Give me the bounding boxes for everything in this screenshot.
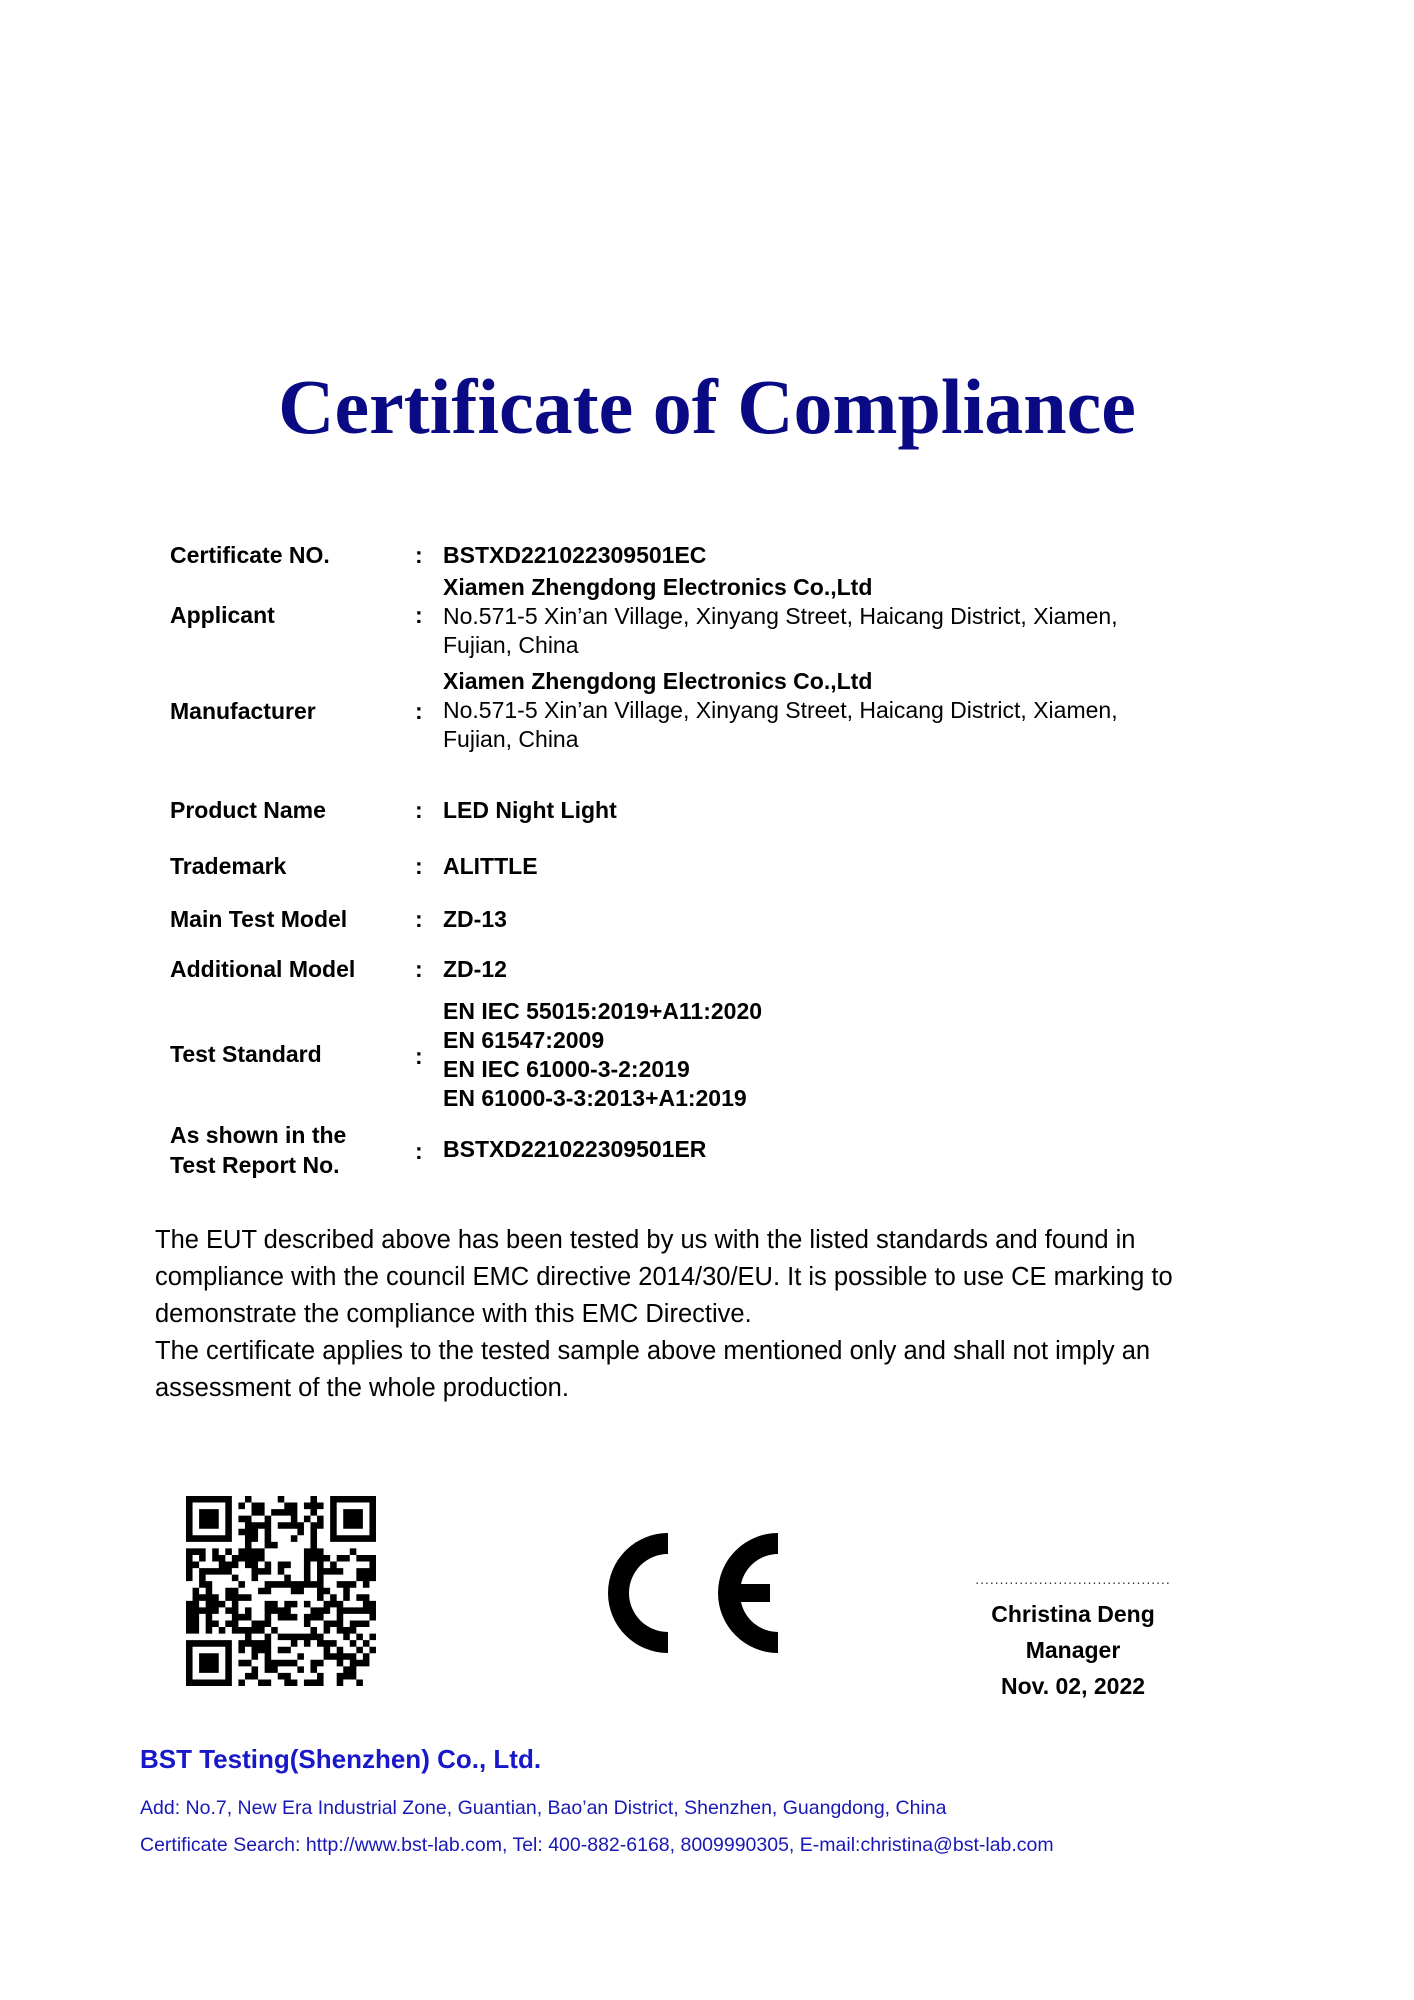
colon: : (415, 904, 423, 934)
value-certificate-no: BSTXD221022309501EC (443, 540, 1243, 570)
applicant-address-2: Fujian, China (443, 631, 1243, 660)
value-applicant: Xiamen Zhengdong Electronics Co.,Ltd No.… (443, 573, 1243, 660)
label-product-name: Product Name (170, 795, 326, 825)
value-additional-model: ZD-12 (443, 954, 1243, 984)
compliance-statement: The EUT described above has been tested … (155, 1222, 1265, 1407)
signature-date: Nov. 02, 2022 (948, 1668, 1198, 1704)
signatory-title: Manager (948, 1632, 1198, 1668)
signatory-name: Christina Deng (948, 1596, 1198, 1632)
label-certificate-no: Certificate NO. (170, 540, 330, 570)
label-trademark: Trademark (170, 851, 286, 881)
value-main-test-model: ZD-13 (443, 904, 1243, 934)
value-manufacturer: Xiamen Zhengdong Electronics Co.,Ltd No.… (443, 667, 1243, 754)
statement-paragraph-1: The EUT described above has been tested … (155, 1222, 1265, 1333)
applicant-company: Xiamen Zhengdong Electronics Co.,Ltd (443, 573, 1243, 602)
footer-address: Add: No.7, New Era Industrial Zone, Guan… (140, 1795, 946, 1821)
colon: : (415, 851, 423, 881)
label-applicant: Applicant (170, 600, 275, 630)
qr-code-icon (186, 1496, 376, 1686)
signature-block: ........................................… (948, 1572, 1198, 1704)
label-additional-model: Additional Model (170, 954, 355, 984)
colon: : (415, 696, 423, 726)
test-standard-item: EN 61547:2009 (443, 1026, 1243, 1055)
label-test-standard: Test Standard (170, 1039, 322, 1069)
test-standard-item: EN IEC 55015:2019+A11:2020 (443, 997, 1243, 1026)
colon: : (415, 540, 423, 570)
colon: : (415, 1041, 423, 1071)
value-test-report: BSTXD221022309501ER (443, 1134, 1243, 1164)
value-trademark: ALITTLE (443, 851, 1243, 881)
value-test-standard: EN IEC 55015:2019+A11:2020 EN 61547:2009… (443, 997, 1243, 1113)
colon: : (415, 954, 423, 984)
statement-paragraph-2: The certificate applies to the tested sa… (155, 1333, 1265, 1407)
test-standard-item: EN 61000-3-3:2013+A1:2019 (443, 1084, 1243, 1113)
label-test-report: As shown in the Test Report No. (170, 1120, 346, 1180)
colon: : (415, 795, 423, 825)
ce-mark-icon (600, 1528, 800, 1658)
manufacturer-address-2: Fujian, China (443, 725, 1243, 754)
manufacturer-address-1: No.571-5 Xin’an Village, Xinyang Street,… (443, 696, 1243, 725)
colon: : (415, 600, 423, 630)
value-product-name: LED Night Light (443, 795, 1243, 825)
signature-line: ........................................ (948, 1572, 1198, 1586)
label-manufacturer: Manufacturer (170, 696, 316, 726)
label-main-test-model: Main Test Model (170, 904, 347, 934)
applicant-address-1: No.571-5 Xin’an Village, Xinyang Street,… (443, 602, 1243, 631)
footer-company: BST Testing(Shenzhen) Co., Ltd. (140, 1742, 541, 1776)
colon: : (415, 1136, 423, 1166)
test-standard-item: EN IEC 61000-3-2:2019 (443, 1055, 1243, 1084)
footer-contact: Certificate Search: http://www.bst-lab.c… (140, 1832, 1054, 1858)
manufacturer-company: Xiamen Zhengdong Electronics Co.,Ltd (443, 667, 1243, 696)
certificate-title: Certificate of Compliance (0, 362, 1414, 452)
